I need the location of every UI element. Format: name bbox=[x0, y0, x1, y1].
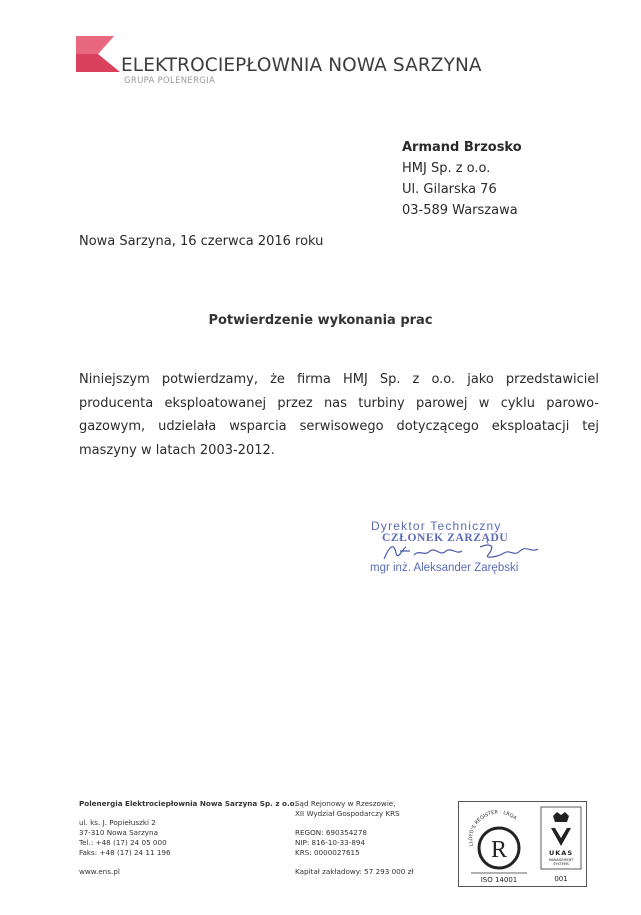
footer-capital: Kapitał zakładowy: 57 293 000 zł bbox=[295, 867, 413, 877]
signatory-title: Dyrektor Techniczny bbox=[371, 519, 502, 533]
footer-krs: KRS: 0000027615 bbox=[295, 848, 413, 858]
footer-court-2: XII Wydział Gospodarczy KRS bbox=[295, 809, 413, 819]
footer-company-name: Polenergia Elektrociepłownia Nowa Sarzyn… bbox=[79, 799, 297, 809]
footer-regon: REGON: 690354278 bbox=[295, 828, 413, 838]
crown-icon bbox=[553, 812, 569, 822]
ukas-number: 001 bbox=[554, 875, 567, 883]
recipient-address: Armand Brzosko HMJ Sp. z o.o. Ul. Gilars… bbox=[402, 137, 522, 221]
recipient-city: 03-589 Warszawa bbox=[402, 200, 522, 221]
ukas-sub-2: SYSTEMS bbox=[553, 862, 569, 866]
letter-subject: Potwierdzenie wykonania prac bbox=[0, 313, 641, 328]
footer-website[interactable]: www.ens.pl bbox=[79, 867, 297, 877]
recipient-company: HMJ Sp. z o.o. bbox=[402, 158, 522, 179]
ukas-label: UKAS bbox=[549, 849, 573, 857]
certification-badge: LLOYD'S REGISTER · LRQA R ISO 14001 UKAS… bbox=[458, 801, 587, 887]
footer-phone: Tel.: +48 (17) 24 05 000 bbox=[79, 838, 297, 848]
company-name: ELEKTROCIEPŁOWNIA NOWA SARZYNA bbox=[121, 55, 482, 76]
handwritten-signature-icon bbox=[380, 541, 550, 563]
svg-text:R: R bbox=[491, 837, 507, 863]
recipient-name: Armand Brzosko bbox=[402, 137, 522, 158]
letter-body: Niniejszym potwierdzamy, że firma HMJ Sp… bbox=[79, 368, 599, 462]
date-line: Nowa Sarzyna, 16 czerwca 2016 roku bbox=[79, 234, 323, 249]
footer-company-info: Polenergia Elektrociepłownia Nowa Sarzyn… bbox=[79, 799, 297, 877]
footer-address-1: ul. ks. J. Popiełuszki 2 bbox=[79, 818, 297, 828]
signatory-name: mgr inż. Aleksander Zarębski bbox=[370, 562, 518, 574]
checkmark-icon bbox=[551, 828, 571, 846]
footer-registration-info: Sąd Rejonowy w Rzeszowie, XII Wydział Go… bbox=[295, 799, 413, 877]
company-logo-icon bbox=[76, 36, 122, 72]
iso-label: ISO 14001 bbox=[481, 876, 518, 884]
footer-court-1: Sąd Rejonowy w Rzeszowie, bbox=[295, 799, 413, 809]
recipient-street: Ul. Gilarska 76 bbox=[402, 179, 522, 200]
footer-fax: Faks: +48 (17) 24 11 196 bbox=[79, 848, 297, 858]
group-name: GRUPA POLENERGIA bbox=[124, 76, 215, 86]
footer-address-2: 37-310 Nowa Sarzyna bbox=[79, 828, 297, 838]
footer-nip: NIP: 816-10-33-894 bbox=[295, 838, 413, 848]
